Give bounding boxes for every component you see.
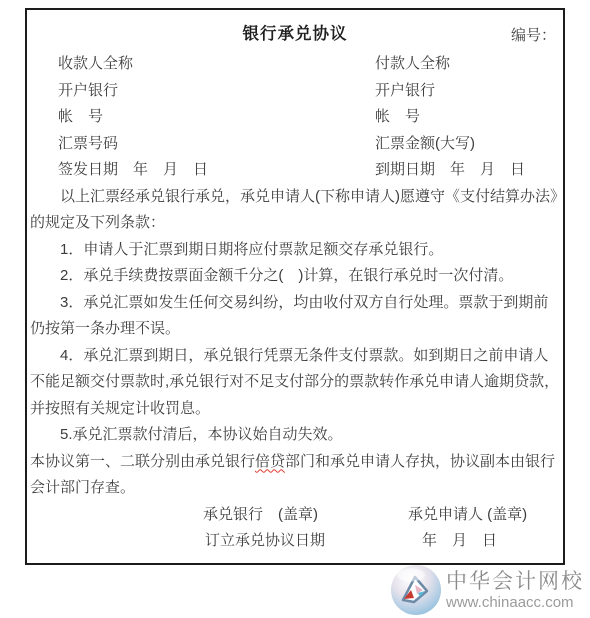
signature-row-seals: 承兑银行 (盖章) 承兑申请人 (盖章) xyxy=(30,502,560,529)
clause-5: 5.承兑汇票款付清后，本协议始自动失效。 xyxy=(30,422,560,449)
agreement-date-label: 订立承兑协议日期 xyxy=(205,528,325,555)
watermark-text-block: 中华会计网校 www.chinaacc.com xyxy=(446,570,584,611)
payer-name-label: 付款人全称 xyxy=(375,51,450,78)
watermark-site-url: www.chinaacc.com xyxy=(446,594,584,611)
distribution-note: 本协议第一、二联分别由承兑银行倍贷部门和承兑申请人存执，协议副本由银行会计部门存… xyxy=(30,449,560,502)
applicant-seal-label: 承兑申请人 (盖章) xyxy=(408,502,527,529)
payee-name-label: 收款人全称 xyxy=(58,51,133,78)
field-row-accounts: 帐 号 帐 号 xyxy=(30,104,560,131)
due-date-label: 到期日期 年 月 日 xyxy=(375,157,525,184)
chinaacc-watermark: 中华会计网校 www.chinaacc.com xyxy=(390,564,584,616)
payer-bank-label: 开户银行 xyxy=(375,78,435,105)
field-row-names: 收款人全称 付款人全称 xyxy=(30,51,560,78)
intro-paragraph: 以上汇票经承兑银行承兑，承兑申请人(下称申请人)愿遵守《支付结算办法》的规定及下… xyxy=(30,184,560,237)
misspelled-word: 倍贷 xyxy=(255,453,285,470)
issue-date-label: 签发日期 年 月 日 xyxy=(58,157,208,184)
page-title: 银行承兑协议 xyxy=(243,15,348,48)
field-row-dates: 签发日期 年 月 日 到期日期 年 月 日 xyxy=(30,157,560,184)
agreement-date-value: 年 月 日 xyxy=(422,528,497,555)
note-text-before: 本协议第一、二联分别由承兑银行 xyxy=(30,453,255,470)
payee-bank-label: 开户银行 xyxy=(58,78,118,105)
draft-amount-label: 汇票金额(大写) xyxy=(375,131,475,158)
clause-1: 1．申请人于汇票到期日期将应付票款足额交存承兑银行。 xyxy=(30,237,560,264)
signature-row-date: 订立承兑协议日期 年 月 日 xyxy=(30,528,560,555)
payer-account-label: 帐 号 xyxy=(375,104,420,131)
number-label: 编号： xyxy=(511,23,556,50)
clause-4: 4．承兑汇票到期日，承兑银行凭票无条件支付票款。如到期日之前申请人不能足额交付票… xyxy=(30,343,560,423)
clause-3: 3．承兑汇票如发生任何交易纠纷，均由收付双方自行处理。票款于到期前仍按第一条办理… xyxy=(30,290,560,343)
bank-seal-label: 承兑银行 (盖章) xyxy=(203,502,318,529)
form-header: 银行承兑协议 编号： xyxy=(30,15,560,51)
field-row-draft: 汇票号码 汇票金额(大写) xyxy=(30,131,560,158)
glossy-sphere-logo-icon xyxy=(390,564,442,616)
draft-number-label: 汇票号码 xyxy=(58,131,118,158)
clause-2: 2．承兑手续费按票面金额千分之( )计算，在银行承兑时一次付清。 xyxy=(30,263,560,290)
agreement-form: 银行承兑协议 编号： 收款人全称 付款人全称 开户银行 开户银行 帐 号 帐 号… xyxy=(25,8,565,565)
payee-account-label: 帐 号 xyxy=(58,104,103,131)
watermark-site-name: 中华会计网校 xyxy=(446,570,584,594)
field-row-banks: 开户银行 开户银行 xyxy=(30,78,560,105)
